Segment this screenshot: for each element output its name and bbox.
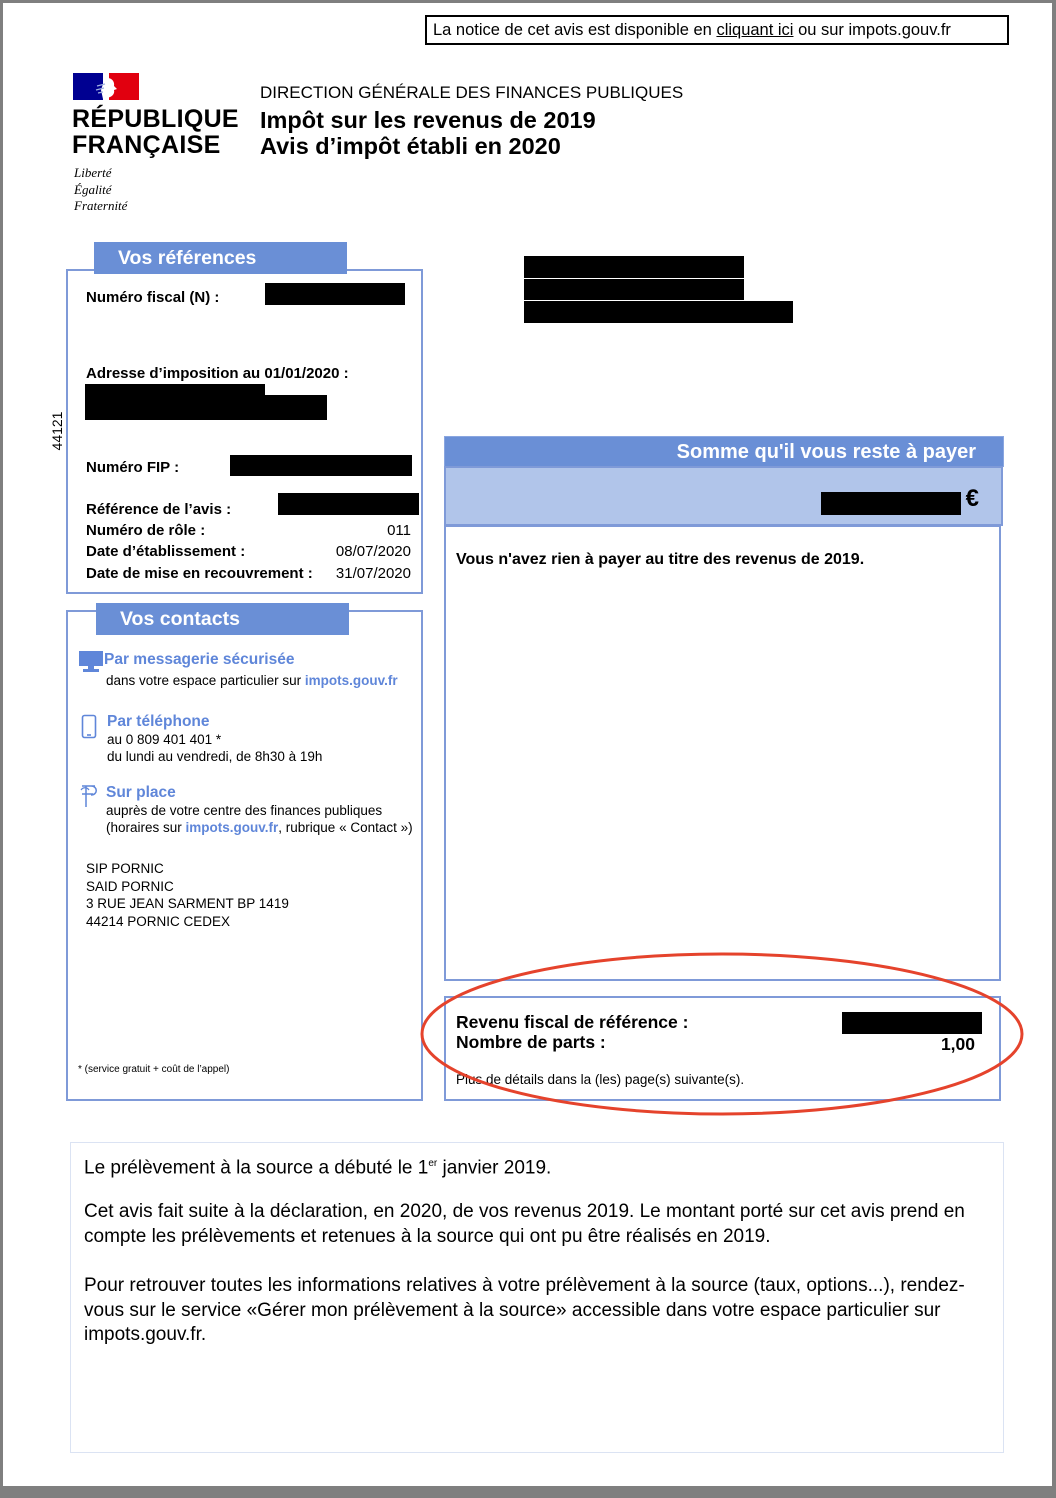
references-box: Numéro fiscal (N) : Adresse d’imposition…	[66, 269, 423, 594]
address-line: SAID PORNIC	[86, 878, 289, 896]
contacts-box: Par messagerie sécurisée dans votre espa…	[66, 610, 423, 1101]
monitor-icon	[78, 650, 104, 674]
tax-office-address: SIP PORNIC SAID PORNIC 3 RUE JEAN SARMEN…	[86, 860, 289, 930]
tax-notice-page: La notice de cet avis est disponible en …	[3, 3, 1052, 1486]
adresse-imposition-label: Adresse d’imposition au 01/01/2020 :	[86, 365, 349, 382]
info-p1-prefix: Le prélèvement à la source a débuté le 1	[84, 1157, 428, 1178]
date-recouvrement-label: Date de mise en recouvrement :	[86, 565, 313, 582]
payment-message: Vous n'avez rien à payer au titre des re…	[456, 551, 864, 569]
messagerie-title: Par messagerie sécurisée	[104, 651, 294, 669]
organisation-name: DIRECTION GÉNÉRALE DES FINANCES PUBLIQUE…	[260, 83, 683, 103]
telephone-hours: du lundi au vendredi, de 8h30 à 19h	[107, 748, 322, 766]
payment-details-box: Vous n'avez rien à payer au titre des re…	[444, 525, 1001, 981]
address-line: 3 RUE JEAN SARMENT BP 1419	[86, 895, 289, 913]
notice-banner: La notice de cet avis est disponible en …	[425, 15, 1009, 45]
date-recouvrement-value: 31/07/2020	[336, 565, 411, 582]
references-header: Vos références	[94, 242, 347, 274]
sur-place-text: auprès de votre centre des finances publ…	[106, 802, 382, 820]
sur-place-hours-suffix: , rubrique « Contact »)	[278, 820, 412, 835]
info-paragraph-1: Le prélèvement à la source a débuté le 1…	[84, 1152, 999, 1181]
sur-place-hours: (horaires sur impots.gouv.fr, rubrique «…	[106, 819, 413, 837]
wordmark-line2: FRANÇAISE	[72, 132, 239, 158]
sur-place-title: Sur place	[106, 784, 176, 802]
phone-footnote: * (service gratuit + coût de l’appel)	[78, 1064, 229, 1075]
republique-francaise-wordmark: RÉPUBLIQUE FRANÇAISE	[72, 106, 239, 158]
notice-suffix: ou sur impots.gouv.fr	[793, 21, 950, 39]
redacted-adresse-2	[85, 395, 327, 420]
redacted-rfr-value	[842, 1012, 982, 1034]
side-reference-number: 44121	[49, 401, 65, 461]
date-etablissement-label: Date d’établissement :	[86, 543, 245, 560]
redacted-amount	[821, 492, 961, 515]
notice-prefix: La notice de cet avis est disponible en	[433, 21, 716, 39]
address-line: 44214 PORNIC CEDEX	[86, 913, 289, 931]
messagerie-site-link[interactable]: impots.gouv.fr	[305, 673, 398, 688]
info-p1-sup: er	[428, 1158, 437, 1169]
motto: Liberté Égalité Fraternité	[74, 165, 127, 215]
redacted-recipient-address-1	[524, 279, 744, 300]
sur-place-site-link[interactable]: impots.gouv.fr	[186, 820, 279, 835]
more-details-text: Plus de détails dans la (les) page(s) su…	[456, 1072, 744, 1087]
numero-fiscal-label: Numéro fiscal (N) :	[86, 289, 219, 306]
contacts-header: Vos contacts	[96, 603, 349, 635]
currency-symbol: €	[966, 485, 979, 513]
numero-role-value: 011	[387, 522, 411, 539]
payment-header: Somme qu'il vous reste à payer	[444, 436, 1004, 467]
address-line: SIP PORNIC	[86, 860, 289, 878]
numero-role-label: Numéro de rôle :	[86, 522, 205, 539]
reference-avis-label: Référence de l’avis :	[86, 501, 231, 518]
telephone-title: Par téléphone	[107, 713, 210, 731]
phone-icon	[81, 714, 97, 740]
payment-amount-row: €	[444, 466, 1003, 526]
sur-place-hours-prefix: (horaires sur	[106, 820, 186, 835]
redacted-recipient-address-2	[524, 301, 793, 323]
redacted-reference-avis	[278, 493, 419, 515]
messagerie-text: dans votre espace particulier sur impots…	[106, 672, 398, 690]
rfr-label: Revenu fiscal de référence :	[456, 1012, 688, 1033]
numero-fip-label: Numéro FIP :	[86, 459, 179, 476]
motto-egalite: Égalité	[74, 182, 127, 199]
redacted-numero-fiscal	[265, 283, 405, 305]
info-paragraph-2: Cet avis fait suite à la déclaration, en…	[84, 1200, 999, 1249]
revenu-fiscal-box: Revenu fiscal de référence : Nombre de p…	[444, 996, 1001, 1101]
info-p1-suffix: janvier 2019.	[437, 1157, 551, 1178]
document-title: Impôt sur les revenus de 2019	[260, 107, 596, 134]
nombre-parts-label: Nombre de parts :	[456, 1032, 606, 1053]
telephone-number: au 0 809 401 401 *	[107, 731, 221, 749]
notice-link[interactable]: cliquant ici	[716, 21, 793, 39]
info-paragraph-3: Pour retrouver toutes les informations r…	[84, 1274, 999, 1348]
redacted-numero-fip	[230, 455, 412, 476]
finances-publiques-icon	[79, 784, 99, 808]
messagerie-text-prefix: dans votre espace particulier sur	[106, 673, 305, 688]
marianne-flag-logo	[73, 73, 139, 100]
nombre-parts-value: 1,00	[941, 1034, 975, 1055]
wordmark-line1: RÉPUBLIQUE	[72, 106, 239, 132]
date-etablissement-value: 08/07/2020	[336, 543, 411, 560]
redacted-recipient-name	[524, 256, 744, 278]
prelevement-info-box: Le prélèvement à la source a débuté le 1…	[70, 1142, 1004, 1453]
motto-liberte: Liberté	[74, 165, 127, 182]
motto-fraternite: Fraternité	[74, 198, 127, 215]
document-subtitle: Avis d’impôt établi en 2020	[260, 133, 561, 160]
